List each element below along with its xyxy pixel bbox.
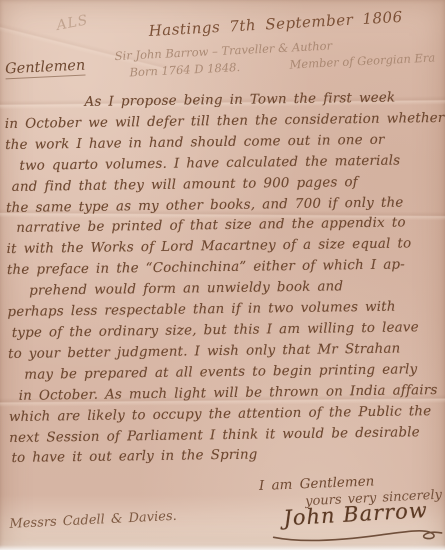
letter-page: ALS Hastings 7th September 1806 Sir John… xyxy=(0,0,445,550)
pencil-annotation: Sir John Barrow – Traveller & Author Bor… xyxy=(114,32,437,82)
addressee: Messrs Cadell & Davies. xyxy=(9,509,177,532)
salutation: Gentlemen xyxy=(5,58,86,78)
letter-content: ALS Hastings 7th September 1806 Sir John… xyxy=(0,0,445,550)
pencil-als-mark: ALS xyxy=(55,12,89,34)
letter-body: As I propose being in Town the first wee… xyxy=(4,88,445,470)
